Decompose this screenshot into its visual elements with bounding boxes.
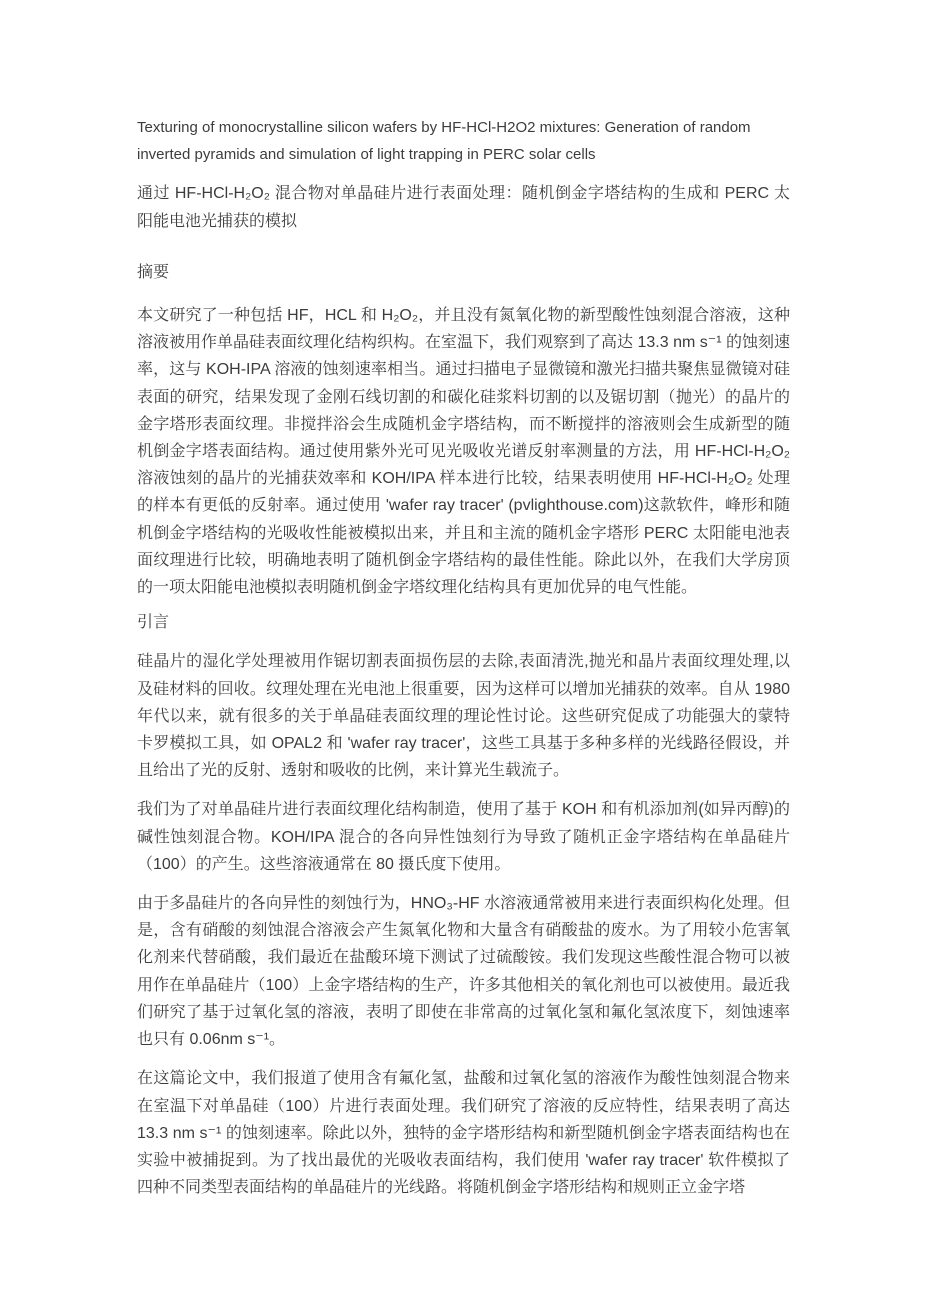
introduction-paragraph-2: 我们为了对单晶硅片进行表面纹理化结构制造，使用了基于 KOH 和有机添加剂(如异…: [137, 796, 790, 878]
paper-title-english: Texturing of monocrystalline silicon waf…: [137, 114, 790, 168]
document-page: Texturing of monocrystalline silicon waf…: [0, 0, 925, 1309]
section-heading-abstract: 摘要: [137, 259, 790, 286]
introduction-paragraph-1: 硅晶片的湿化学处理被用作锯切割表面损伤层的去除,表面清洗,抛光和晶片表面纹理处理…: [137, 648, 790, 784]
abstract-paragraph: 本文研究了一种包括 HF，HCL 和 H₂O₂，并且没有氮氧化物的新型酸性蚀刻混…: [137, 302, 790, 601]
section-heading-introduction: 引言: [137, 609, 790, 636]
introduction-paragraph-4: 在这篇论文中，我们报道了使用含有氟化氢，盐酸和过氧化氢的溶液作为酸性蚀刻混合物来…: [137, 1065, 790, 1201]
introduction-paragraph-3: 由于多晶硅片的各向异性的刻蚀行为，HNO₃-HF 水溶液通常被用来进行表面织构化…: [137, 890, 790, 1053]
document-content: Texturing of monocrystalline silicon waf…: [0, 0, 925, 1201]
paper-title-chinese: 通过 HF-HCl-H₂O₂ 混合物对单晶硅片进行表面处理：随机倒金字塔结构的生…: [137, 180, 790, 234]
